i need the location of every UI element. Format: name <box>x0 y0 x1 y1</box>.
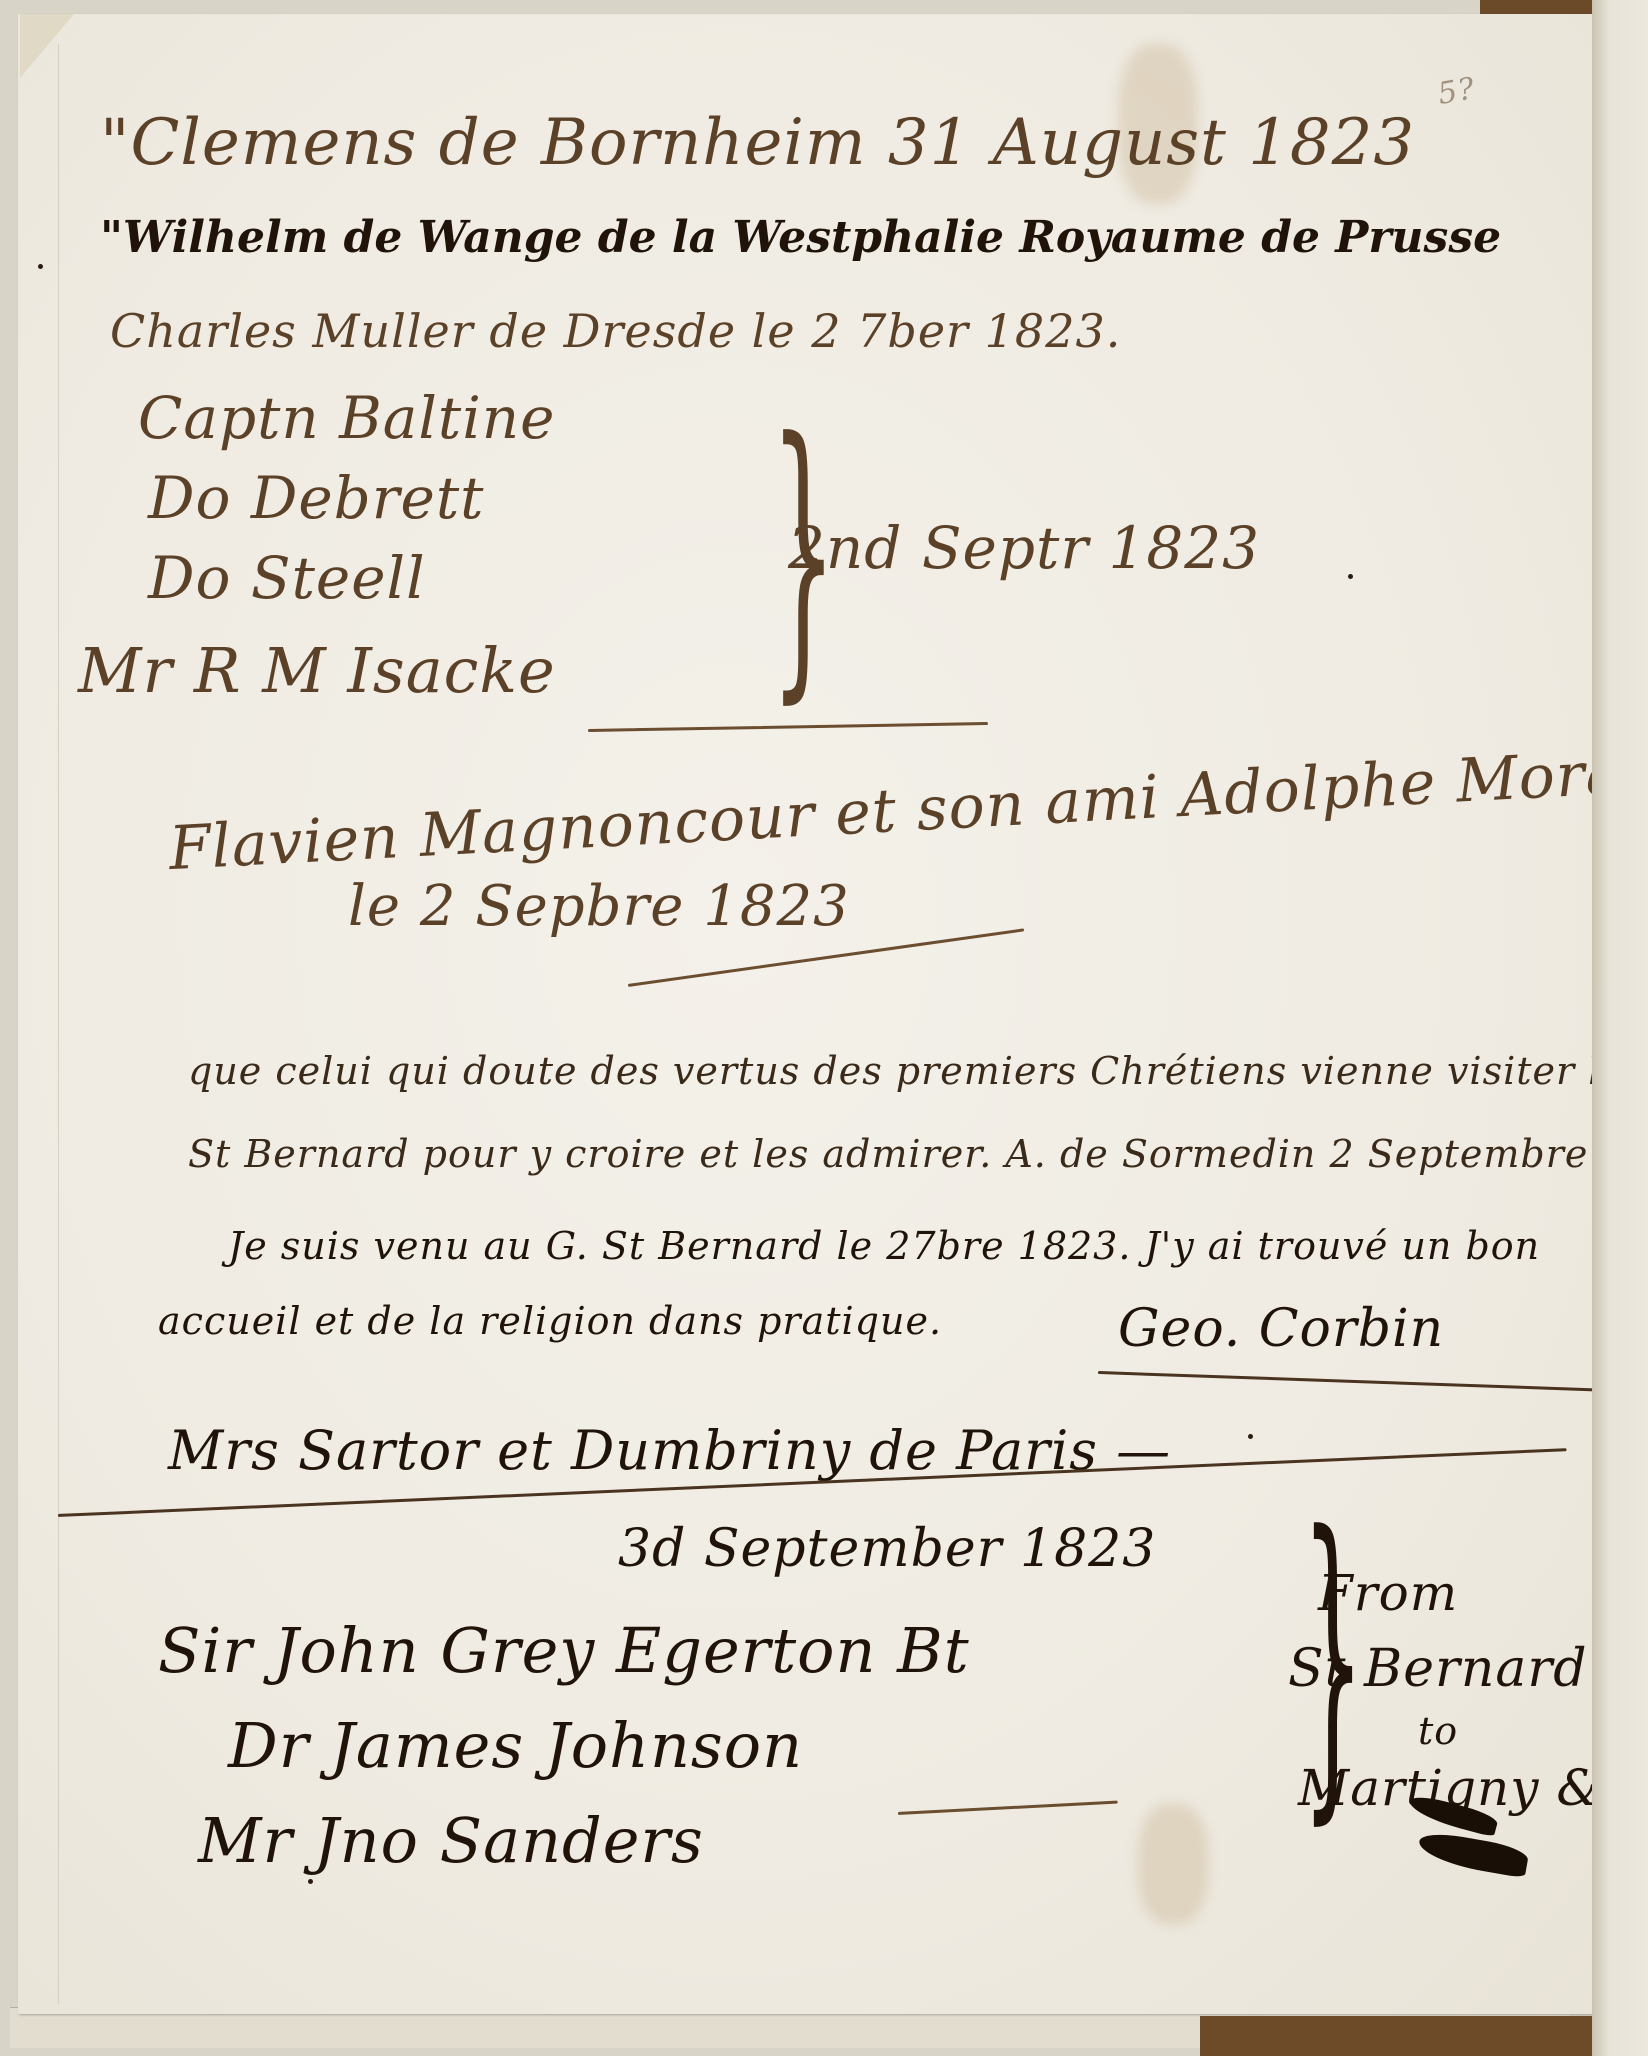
route-st-bernard: St Bernard <box>1288 1639 1588 1699</box>
ink-dot <box>38 264 43 269</box>
entry-name-debrett: Do Debrett <box>148 464 484 532</box>
entry-name-captn-baltine: Captn Baltine <box>138 384 555 452</box>
entry-charles-muller: Charles Muller de Dresde le 2 7ber 1823. <box>110 304 1121 358</box>
entry-name-johnson: Dr James Johnson <box>228 1709 803 1782</box>
entry-name-isacke: Mr R M Isacke <box>78 634 556 707</box>
entry-flavien-date: le 2 Sepbre 1823 <box>348 874 850 939</box>
entry-date-2nd-sept: 2nd Septr 1823 <box>788 514 1260 582</box>
binding-bottom-edge <box>1200 2016 1648 2056</box>
entry-3d-september-date: 3d September 1823 <box>618 1519 1156 1579</box>
stain <box>1138 1804 1208 1924</box>
ink-dot <box>408 1844 413 1849</box>
ink-dot <box>1248 1434 1253 1439</box>
entry-que-celui-line2: St Bernard pour y croire et les admirer.… <box>188 1132 1648 1176</box>
entry-je-suis-venu-line2: accueil et de la religion dans pratique. <box>158 1299 942 1343</box>
manuscript-page: 5? "Clemens de Bornheim 31 August 1823 "… <box>18 14 1610 2014</box>
entry-name-egerton: Sir John Grey Egerton Bt <box>158 1614 970 1687</box>
entry-name-steell: Do Steell <box>148 544 426 612</box>
ink-dot <box>1348 574 1353 579</box>
route-from: From <box>1318 1564 1458 1622</box>
folio-number: 5? <box>1435 71 1478 112</box>
entry-clemens-de-bornheim: "Clemens de Bornheim 31 August 1823 <box>100 106 1415 180</box>
entry-wilhelm-de-wange: "Wilhelm de Wange de la Westphalie Royau… <box>100 212 1501 263</box>
entry-je-suis-venu-line1: Je suis venu au G. St Bernard le 27bre 1… <box>228 1224 1540 1268</box>
ink-dot <box>308 1879 313 1884</box>
signature-corbin: Geo. Corbin <box>1118 1299 1444 1359</box>
entry-que-celui-line1: que celui qui doute des vertus des premi… <box>188 1049 1625 1093</box>
adjacent-page-edge <box>1592 0 1648 2056</box>
route-to: to <box>1418 1709 1458 1753</box>
entry-name-sanders: Mr Jno Sanders <box>198 1804 704 1877</box>
